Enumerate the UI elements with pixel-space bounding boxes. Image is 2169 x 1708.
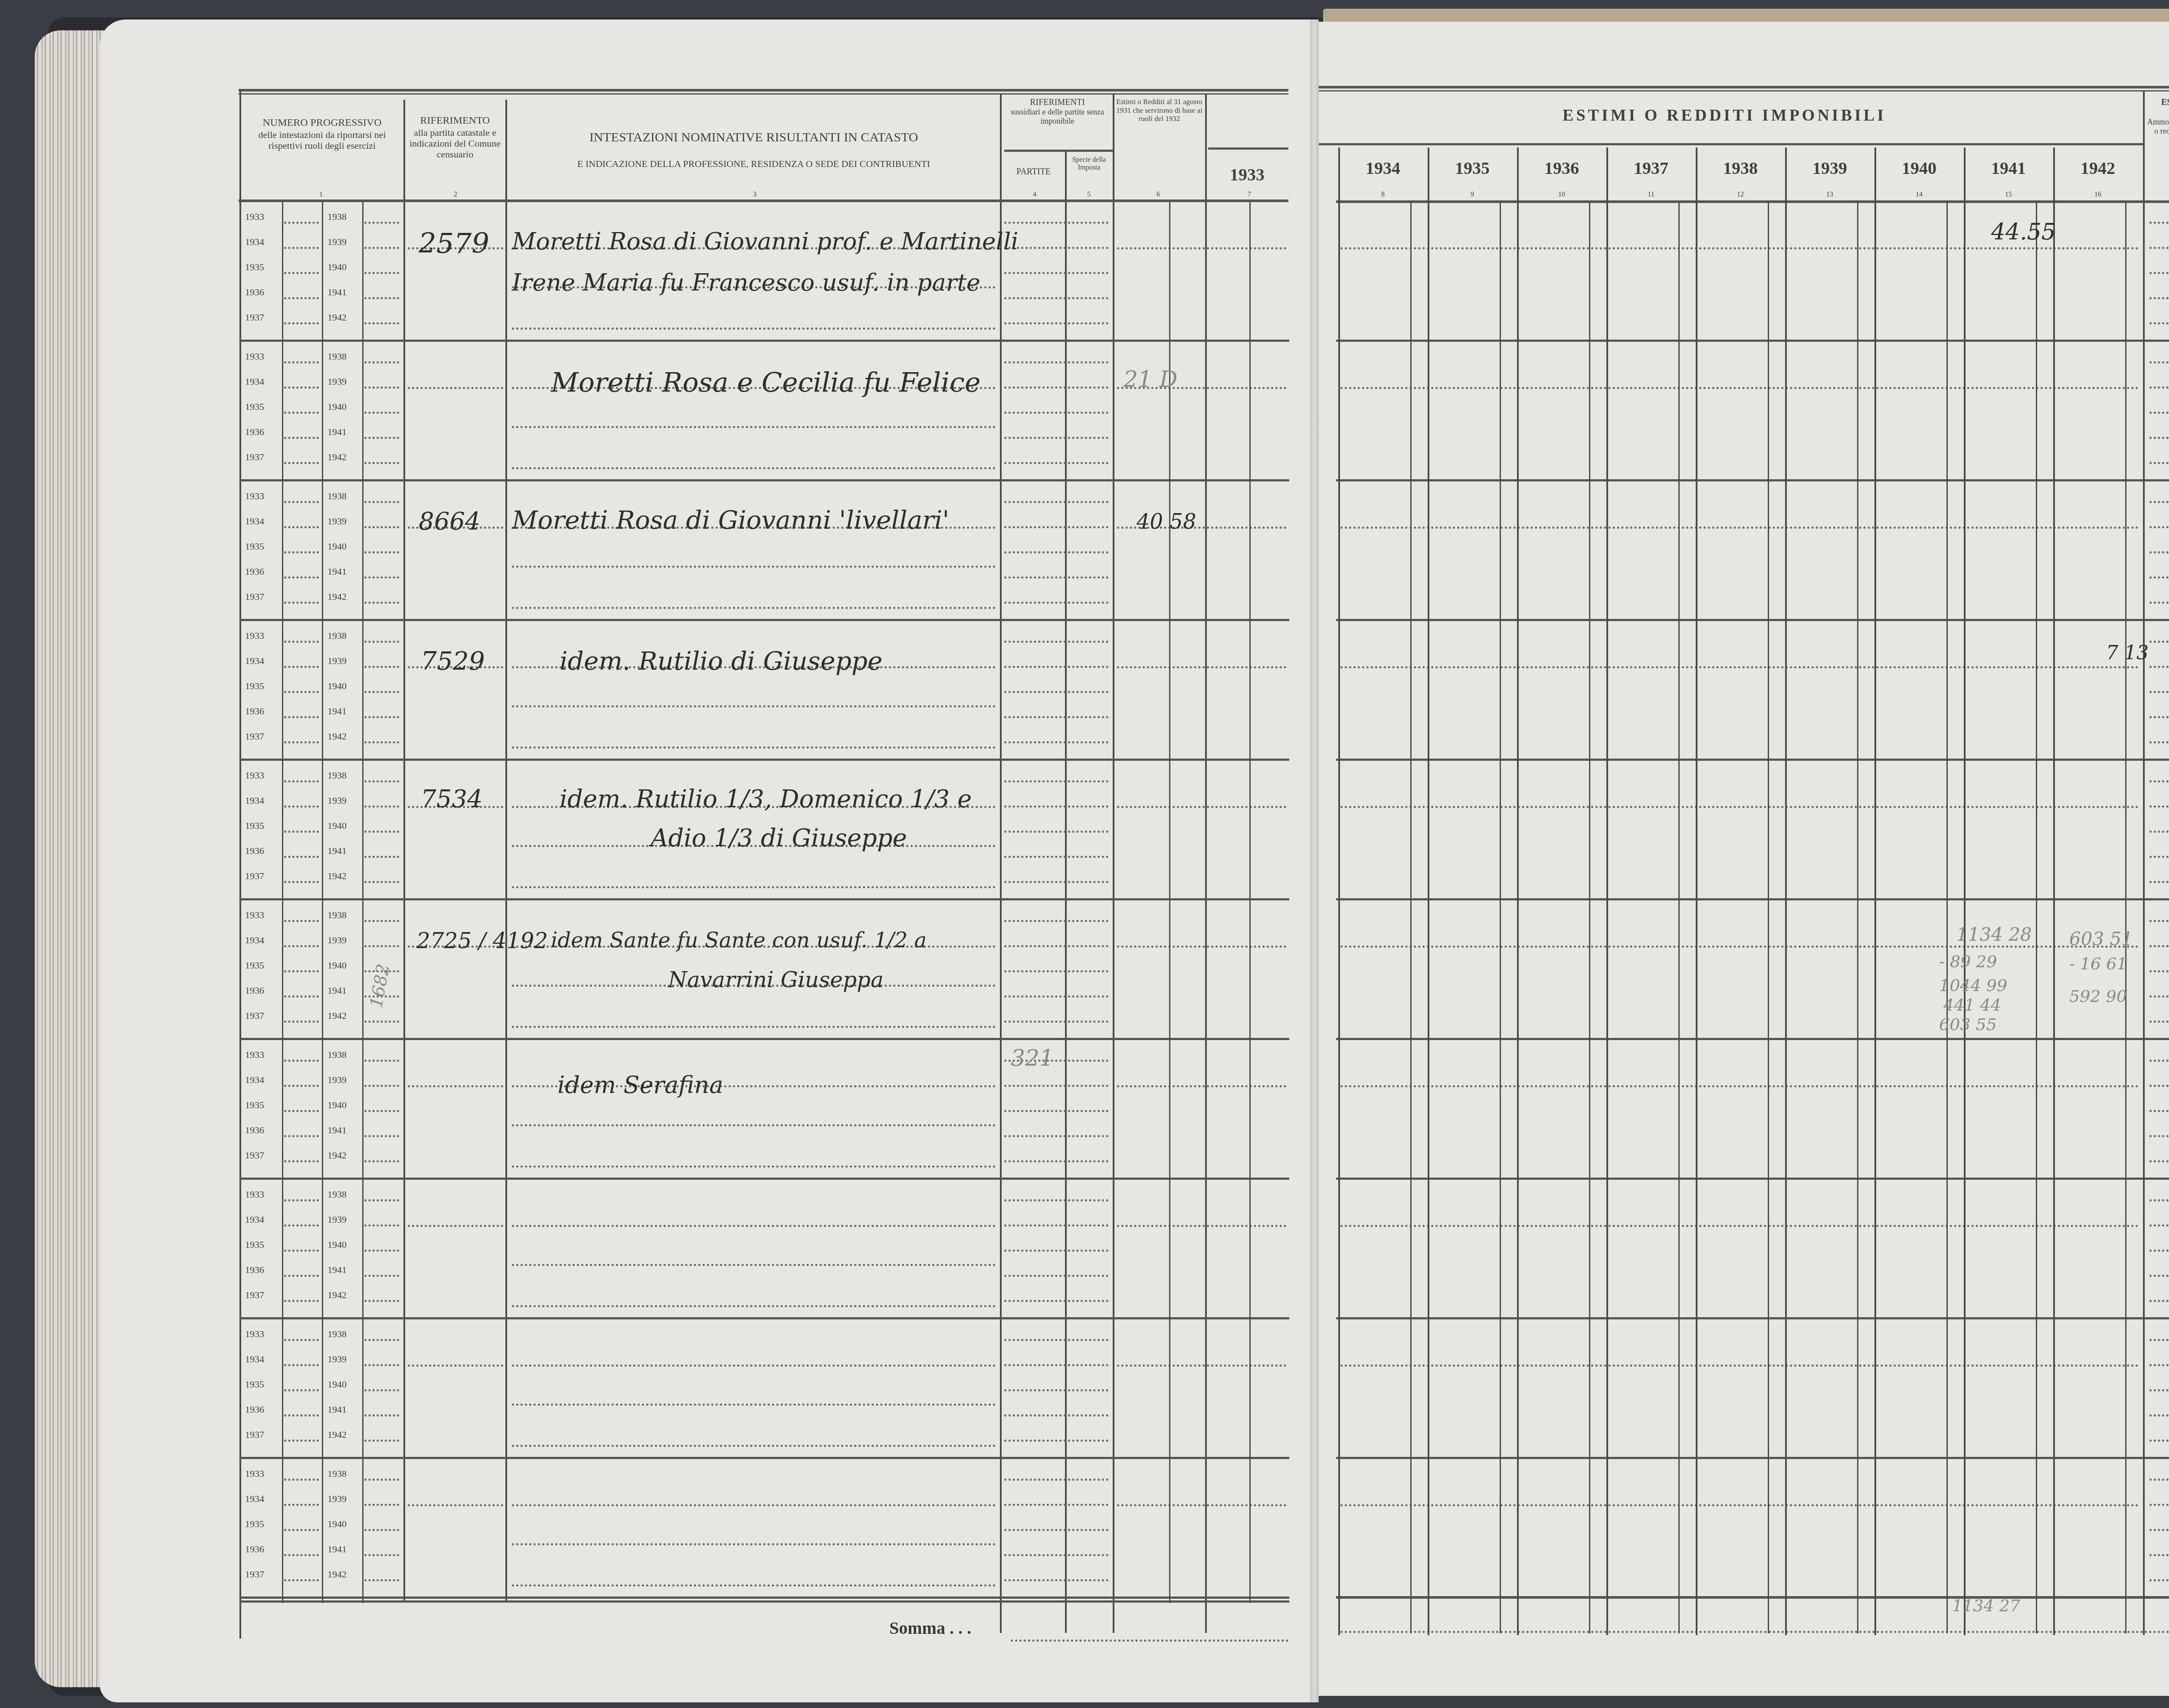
year-label: 1936 xyxy=(245,566,264,577)
col-num-2: 2 xyxy=(438,191,473,199)
col-num-6: 6 xyxy=(1141,191,1176,199)
col-num-3: 3 xyxy=(737,191,772,199)
year-label: 1933 xyxy=(245,351,264,362)
year-label: 1933 xyxy=(245,770,264,781)
col-num-17: 17 xyxy=(2167,191,2169,199)
year-label: 1934 xyxy=(245,655,264,667)
year-label: 1938 xyxy=(328,491,347,502)
year-label: 1942 xyxy=(328,1010,347,1021)
year-label: 1942 xyxy=(328,1569,347,1580)
year-label: 1937 xyxy=(245,452,264,463)
year-label: 1937 xyxy=(245,1569,264,1580)
year-label: 1940 xyxy=(328,541,347,552)
year-label: 1933 xyxy=(245,630,264,641)
year-label: 1939 xyxy=(328,516,347,527)
col-num-1: 1 xyxy=(304,191,338,199)
col-num: 12 xyxy=(1696,191,1785,199)
year-label: 1941 xyxy=(328,287,347,298)
header-riferimento: RIFERIMENTO alla partita catastale e ind… xyxy=(406,115,505,160)
year-label: 1936 xyxy=(245,1404,264,1415)
year-label: 1941 xyxy=(328,985,347,996)
calc-1941-b: - 89 29 xyxy=(1939,952,1997,971)
entry-intestazione-line2: Irene Maria fu Francesco usuf. in parte xyxy=(512,269,980,296)
year-label: 1938 xyxy=(328,770,347,781)
year-label: 1941 xyxy=(328,1544,347,1555)
year-label: 1938 xyxy=(328,1328,347,1340)
header-year-1940: 1940 xyxy=(1874,158,1964,178)
year-label: 1933 xyxy=(245,1049,264,1060)
year-label: 1940 xyxy=(328,681,347,692)
year-label: 1936 xyxy=(245,1125,264,1136)
entry-estimo-1931: 21 D xyxy=(1124,366,1177,393)
entry-intestazione-line1: Moretti Rosa di Giovanni prof. e Martine… xyxy=(512,228,1019,255)
year-label: 1940 xyxy=(328,1379,347,1390)
year-label: 1942 xyxy=(328,1429,347,1440)
col-num-7: 7 xyxy=(1232,191,1267,199)
year-label: 1934 xyxy=(245,1354,264,1365)
entry-partita: 7534 xyxy=(421,785,483,813)
calc-1941-a: 1134 28 xyxy=(1956,924,2032,945)
header-year-1933: 1933 xyxy=(1206,165,1288,185)
year-label: 1937 xyxy=(245,731,264,742)
header-numero-progressivo: NUMERO PROGRESSIVO delle intestazioni da… xyxy=(243,117,401,151)
row-separator xyxy=(1336,1317,2169,1319)
col-num: 16 xyxy=(2053,191,2143,199)
year-label: 1936 xyxy=(245,1544,264,1555)
year-label: 1941 xyxy=(328,845,347,857)
year-label: 1933 xyxy=(245,910,264,921)
year-label: 1935 xyxy=(245,262,264,273)
col-num: 14 xyxy=(1874,191,1964,199)
entry-estimo-1931: 40 58 xyxy=(1137,510,1196,534)
header-year-1935: 1935 xyxy=(1428,158,1517,178)
year-label: 1937 xyxy=(245,1010,264,1021)
year-label: 1939 xyxy=(328,935,347,946)
year-label: 1938 xyxy=(328,1189,347,1200)
entry-partita: 2725 / 4192 xyxy=(416,928,548,953)
calc-1941-e: 603 55 xyxy=(1939,1015,1997,1034)
row-separator xyxy=(1336,1178,2169,1180)
col-num: 11 xyxy=(1606,191,1696,199)
year-label: 1942 xyxy=(328,1150,347,1161)
header-year-1941: 1941 xyxy=(1964,158,2053,178)
header-intestazioni-sub: E INDICAZIONE DELLA PROFESSIONE, RESIDEN… xyxy=(510,158,998,169)
header-year-1942: 1942 xyxy=(2053,158,2143,178)
year-label: 1942 xyxy=(328,591,347,602)
year-label: 1933 xyxy=(245,1468,264,1479)
year-label: 1934 xyxy=(245,516,264,527)
year-label: 1942 xyxy=(328,312,347,323)
col-num: 15 xyxy=(1964,191,2053,199)
year-label: 1939 xyxy=(328,376,347,387)
value-row1-1941: 44.55 xyxy=(1991,219,2056,245)
row-separator xyxy=(1336,619,2169,621)
calc-1942-c: 592 90 xyxy=(2069,987,2127,1006)
entry-intestazione-line2: Navarrini Giuseppa xyxy=(668,967,884,992)
year-label: 1934 xyxy=(245,1493,264,1505)
year-label: 1939 xyxy=(328,236,347,248)
year-label: 1940 xyxy=(328,401,347,412)
year-label: 1937 xyxy=(245,591,264,602)
year-label: 1940 xyxy=(328,1239,347,1250)
year-label: 1935 xyxy=(245,1518,264,1530)
header-partite: PARTITE xyxy=(1002,167,1065,177)
year-label: 1939 xyxy=(328,1074,347,1086)
year-label: 1938 xyxy=(328,630,347,641)
year-label: 1939 xyxy=(328,655,347,667)
entry-partite-rif: 321 xyxy=(1011,1045,1054,1071)
entry-partita: 2579 xyxy=(419,228,489,260)
entry-intestazione-line1: idem. Rutilio di Giuseppe xyxy=(560,646,882,676)
year-label: 1940 xyxy=(328,1518,347,1530)
header-intestazioni: INTESTAZIONI NOMINATIVE RISULTANTI IN CA… xyxy=(510,130,998,145)
year-label: 1941 xyxy=(328,1404,347,1415)
section-title-estimi: ESTIMI O REDDITI IMPONIBILI xyxy=(1388,106,2061,125)
col-num: 10 xyxy=(1517,191,1606,199)
year-label: 1941 xyxy=(328,426,347,438)
col-num-4: 4 xyxy=(1017,191,1052,199)
year-label: 1934 xyxy=(245,795,264,806)
year-label: 1940 xyxy=(328,1099,347,1111)
calc-1942-b: - 16 61 xyxy=(2069,954,2127,973)
header-year-1934: 1934 xyxy=(1338,158,1428,178)
col-num: 8 xyxy=(1338,191,1428,199)
entry-intestazione-line1: idem. Rutilio 1/3, Domenico 1/3 e xyxy=(560,785,972,813)
year-label: 1941 xyxy=(328,1125,347,1136)
year-label: 1935 xyxy=(245,401,264,412)
year-label: 1942 xyxy=(328,1289,347,1301)
year-label: 1933 xyxy=(245,1328,264,1340)
year-label: 1933 xyxy=(245,491,264,502)
entry-partita: 8664 xyxy=(419,507,481,536)
year-label: 1937 xyxy=(245,1150,264,1161)
year-label: 1937 xyxy=(245,1429,264,1440)
year-label: 1940 xyxy=(328,820,347,831)
col-num: 13 xyxy=(1785,191,1874,199)
year-label: 1938 xyxy=(328,1468,347,1479)
header-year-1938: 1938 xyxy=(1696,158,1785,178)
year-label: 1934 xyxy=(245,236,264,248)
year-label: 1940 xyxy=(328,262,347,273)
year-label: 1933 xyxy=(245,211,264,222)
col-num-5: 5 xyxy=(1071,191,1106,199)
calc-1942-a: 603 51 xyxy=(2069,928,2133,949)
year-label: 1939 xyxy=(328,1354,347,1365)
year-label: 1936 xyxy=(245,287,264,298)
row-separator xyxy=(1336,1038,2169,1040)
header-specie: Specie della Imposta xyxy=(1066,156,1112,172)
year-label: 1941 xyxy=(328,566,347,577)
calc-1941-d: 441 44 xyxy=(1943,995,2001,1014)
year-label: 1937 xyxy=(245,870,264,882)
year-label: 1939 xyxy=(328,1493,347,1505)
row-separator xyxy=(1336,1457,2169,1459)
header-year-1939: 1939 xyxy=(1785,158,1874,178)
year-label: 1942 xyxy=(328,452,347,463)
year-label: 1936 xyxy=(245,985,264,996)
year-label: 1942 xyxy=(328,731,347,742)
year-label: 1935 xyxy=(245,960,264,971)
header-year-1936: 1936 xyxy=(1517,158,1606,178)
year-label: 1942 xyxy=(328,870,347,882)
somma-label: Somma . . . xyxy=(889,1618,971,1638)
year-label: 1941 xyxy=(328,706,347,717)
year-label: 1935 xyxy=(245,1099,264,1111)
header-estimi-1931: Estimi o Redditi al 31 agosto 1931 che s… xyxy=(1115,98,1204,123)
year-label: 1941 xyxy=(328,1264,347,1276)
year-label: 1934 xyxy=(245,935,264,946)
year-label: 1939 xyxy=(328,1214,347,1225)
year-label: 1934 xyxy=(245,376,264,387)
year-label: 1936 xyxy=(245,845,264,857)
entry-intestazione-line1: idem Sante fu Sante con usuf. 1/2 a xyxy=(551,928,927,952)
year-label: 1937 xyxy=(245,312,264,323)
year-label: 1935 xyxy=(245,820,264,831)
entry-partita: 7529 xyxy=(421,646,485,676)
entry-intestazione-line1: Moretti Rosa di Giovanni 'livellari' xyxy=(512,505,949,535)
col-num: 9 xyxy=(1428,191,1517,199)
year-label: 1936 xyxy=(245,1264,264,1276)
calc-1941-c: 1044 99 xyxy=(1939,976,2007,995)
year-label: 1938 xyxy=(328,211,347,222)
book-gutter xyxy=(1310,20,1319,1702)
header-riferimenti: RIFERIMENTI sussidiari e delle partite s… xyxy=(1002,98,1113,125)
header-esenzioni: ESENZIONI — Ammontare degli estimi o red… xyxy=(2145,98,2169,135)
entry-intestazione-line1: idem Serafina xyxy=(557,1071,723,1099)
year-label: 1940 xyxy=(328,960,347,971)
entry-intestazione-line2: Adio 1/3 di Giuseppe xyxy=(651,824,907,852)
value-row4-1942: 7 13 xyxy=(2106,642,2149,664)
year-label: 1935 xyxy=(245,541,264,552)
row-separator xyxy=(1336,479,2169,481)
year-label: 1938 xyxy=(328,1049,347,1060)
year-label: 1935 xyxy=(245,1239,264,1250)
year-label: 1937 xyxy=(245,1289,264,1301)
header-year-1937: 1937 xyxy=(1606,158,1696,178)
year-label: 1935 xyxy=(245,1379,264,1390)
row-separator xyxy=(1336,759,2169,761)
year-label: 1939 xyxy=(328,795,347,806)
right-page xyxy=(1314,22,2169,1696)
year-label: 1934 xyxy=(245,1074,264,1086)
year-label: 1938 xyxy=(328,910,347,921)
row-separator xyxy=(1336,898,2169,900)
year-label: 1935 xyxy=(245,681,264,692)
year-label: 1934 xyxy=(245,1214,264,1225)
year-label: 1936 xyxy=(245,426,264,438)
entry-intestazione-line1: Moretti Rosa e Cecilia fu Felice xyxy=(551,366,980,398)
year-label: 1936 xyxy=(245,706,264,717)
year-label: 1938 xyxy=(328,351,347,362)
year-label: 1933 xyxy=(245,1189,264,1200)
row-separator xyxy=(1336,340,2169,342)
somma-value-1941: 1134 27 xyxy=(1952,1596,2020,1615)
